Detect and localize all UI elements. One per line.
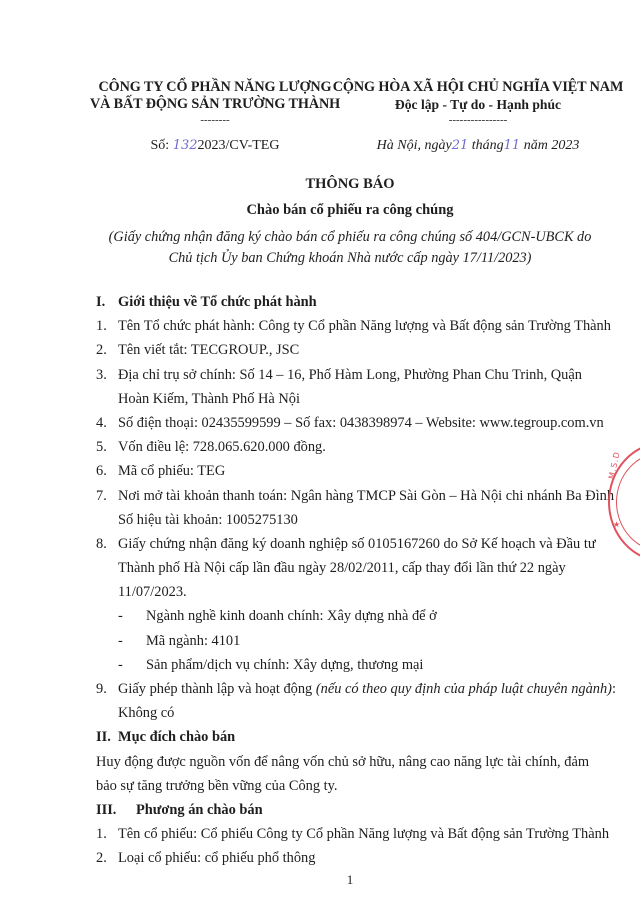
note-line-2: Chủ tịch Ủy ban Chứng khoán Nhà nước cấp… — [60, 248, 640, 269]
paragraph-line: bảo sự tăng trưởng bền vững của Công ty. — [96, 774, 596, 798]
document-body: I.Giới thiệu về Tổ chức phát hành 1.Tên … — [96, 290, 596, 871]
note-line-1: (Giấy chứng nhận đăng ký chào bán cổ phi… — [60, 227, 640, 248]
list-item-continued: Hoàn Kiếm, Thành Phố Hà Nội — [96, 387, 596, 411]
list-item: 5.Vốn điều lệ: 728.065.620.000 đồng. — [96, 435, 596, 459]
section-1-heading: I.Giới thiệu về Tổ chức phát hành — [96, 290, 596, 314]
item-number: 9. — [96, 677, 118, 701]
section-3-heading: III.Phương án chào bán — [96, 798, 596, 822]
bullet-dash: - — [118, 604, 146, 628]
item-number: 6. — [96, 459, 118, 483]
document-note: (Giấy chứng nhận đăng ký chào bán cổ phi… — [60, 227, 640, 269]
item-text: Giấy chứng nhận đăng ký doanh nghiệp số … — [118, 536, 596, 552]
date-year: năm 2023 — [520, 138, 579, 153]
section-number: I. — [96, 290, 118, 314]
list-item: 7.Nơi mở tài khoản thanh toán: Ngân hàng… — [96, 484, 596, 508]
list-item: 1.Tên cổ phiếu: Cổ phiếu Công ty Cổ phần… — [96, 822, 596, 846]
national-rule: ---------------- — [322, 113, 634, 127]
item-number: 1. — [96, 822, 118, 846]
item-text-italic: (nếu có theo quy định của pháp luật chuy… — [316, 681, 612, 697]
page-number: 1 — [60, 872, 640, 888]
item-number: 7. — [96, 484, 118, 508]
national-name: CỘNG HÒA XÃ HỘI CHỦ NGHĨA VIỆT NAM — [322, 79, 634, 96]
date-day-handwritten: 21 — [452, 138, 469, 153]
item-text: Tên cổ phiếu: Cổ phiếu Công ty Cổ phần N… — [118, 826, 609, 842]
item-number: 2. — [96, 846, 118, 870]
item-number: 8. — [96, 532, 118, 556]
item-number: 5. — [96, 435, 118, 459]
seal-star-icon: ★ — [613, 520, 620, 529]
document-date: Hà Nội, ngày21 tháng11 năm 2023 — [322, 138, 634, 154]
item-text: Mã cổ phiếu: TEG — [118, 463, 225, 479]
list-item-continued: Không có — [96, 701, 596, 725]
section-title: Giới thiệu về Tổ chức phát hành — [118, 294, 317, 310]
list-item: 1.Tên Tổ chức phát hành: Công ty Cổ phần… — [96, 314, 596, 338]
bullet-item: -Ngành nghề kinh doanh chính: Xây dựng n… — [96, 604, 596, 628]
document-title: THÔNG BÁO — [60, 176, 640, 193]
bullet-text: Ngành nghề kinh doanh chính: Xây dựng nh… — [146, 608, 437, 624]
date-prefix: Hà Nội, ngày — [377, 138, 452, 153]
item-text: Địa chỉ trụ sở chính: Số 14 – 16, Phố Hà… — [118, 367, 582, 383]
section-title: Phương án chào bán — [136, 802, 263, 818]
item-number: 3. — [96, 363, 118, 387]
bullet-text: Mã ngành: 4101 — [146, 633, 240, 649]
doc-number-suffix: 2023/CV-TEG — [198, 138, 280, 153]
list-item-continued: Số hiệu tài khoản: 1005275130 — [96, 508, 596, 532]
bullet-dash: - — [118, 629, 146, 653]
list-item: 6.Mã cổ phiếu: TEG — [96, 459, 596, 483]
bullet-item: -Mã ngành: 4101 — [96, 629, 596, 653]
list-item-continued: 11/07/2023. — [96, 580, 596, 604]
section-title: Mục đích chào bán — [118, 729, 235, 745]
bullet-item: -Sản phẩm/dịch vụ chính: Xây dựng, thươn… — [96, 653, 596, 677]
item-text: Nơi mở tài khoản thanh toán: Ngân hàng T… — [118, 488, 614, 504]
section-2-heading: II.Mục đích chào bán — [96, 725, 596, 749]
item-number: 2. — [96, 338, 118, 362]
doc-number-handwritten: 132 — [173, 138, 198, 153]
date-month-label: tháng — [468, 138, 503, 153]
item-text: Tên Tổ chức phát hành: Công ty Cổ phần N… — [118, 318, 611, 334]
bullet-text: Sản phẩm/dịch vụ chính: Xây dựng, thương… — [146, 657, 423, 673]
item-text: Vốn điều lệ: 728.065.620.000 đồng. — [118, 439, 326, 455]
national-header: CỘNG HÒA XÃ HỘI CHỦ NGHĨA VIỆT NAM Độc l… — [322, 79, 634, 127]
doc-number-label: Số: — [151, 138, 173, 153]
national-motto: Độc lập - Tự do - Hạnh phúc — [322, 96, 634, 113]
item-number: 4. — [96, 411, 118, 435]
bullet-dash: - — [118, 653, 146, 677]
list-item: 9.Giấy phép thành lập và hoạt động (nếu … — [96, 677, 596, 701]
list-item: 8.Giấy chứng nhận đăng ký doanh nghiệp s… — [96, 532, 596, 556]
item-number: 1. — [96, 314, 118, 338]
date-month-handwritten: 11 — [504, 138, 521, 153]
item-text-end: : — [612, 681, 616, 697]
list-item: 2.Loại cổ phiếu: cổ phiếu phổ thông — [96, 846, 596, 870]
list-item: 4.Số điện thoại: 02435599599 – Số fax: 0… — [96, 411, 596, 435]
paragraph-line: Huy động được nguồn vốn để nâng vốn chủ … — [96, 750, 596, 774]
item-text: Số điện thoại: 02435599599 – Số fax: 043… — [118, 415, 604, 431]
section-number: II. — [96, 725, 118, 749]
item-text: Giấy phép thành lập và hoạt động — [118, 681, 316, 697]
item-text: Loại cổ phiếu: cổ phiếu phổ thông — [118, 850, 315, 866]
list-item: 2.Tên viết tắt: TECGROUP., JSC — [96, 338, 596, 362]
item-text: Tên viết tắt: TECGROUP., JSC — [118, 342, 299, 358]
document-subtitle: Chào bán cổ phiếu ra công chúng — [60, 202, 640, 219]
list-item: 3.Địa chỉ trụ sở chính: Số 14 – 16, Phố … — [96, 363, 596, 387]
list-item-continued: Thành phố Hà Nội cấp lần đầu ngày 28/02/… — [96, 556, 596, 580]
section-number: III. — [96, 798, 136, 822]
